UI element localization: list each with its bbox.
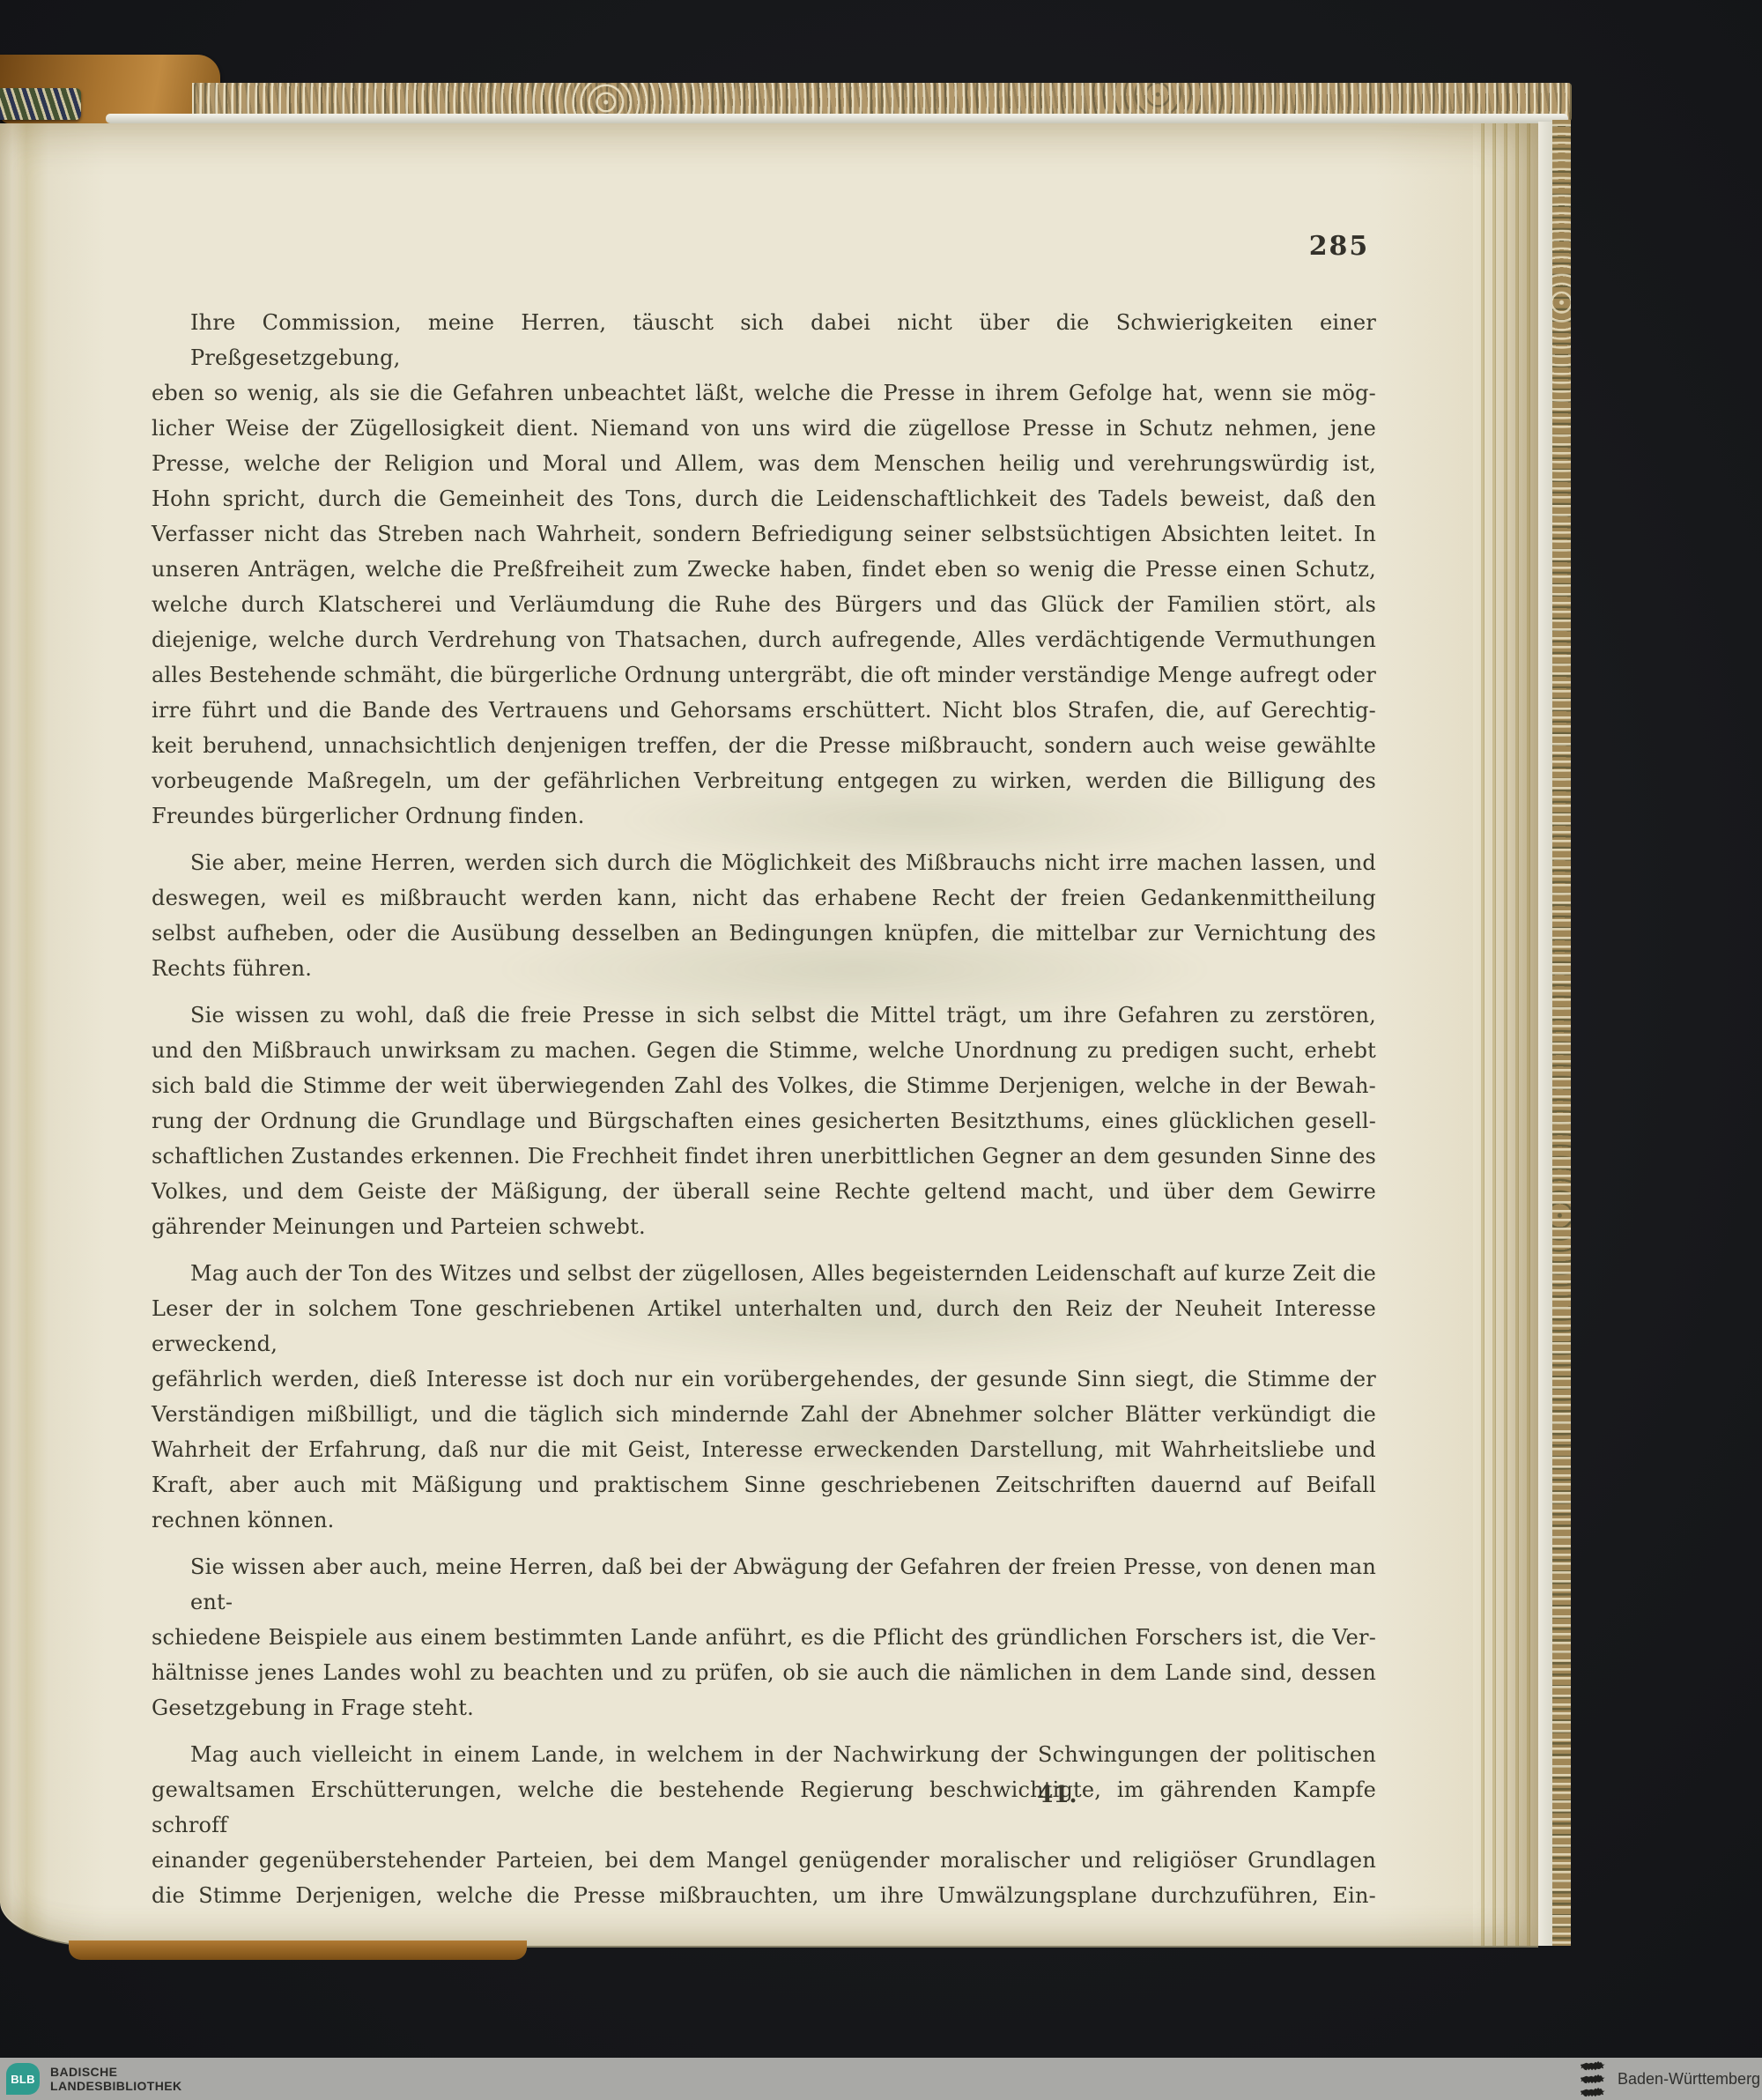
- text-line: Freundes bürgerlicher Ordnung finden.: [152, 798, 1376, 834]
- text-line: vorbeugende Maßregeln, um der gefährlich…: [152, 763, 1376, 798]
- stacked-page-edges: [1473, 123, 1538, 1946]
- text-line: Ihre Commission, meine Herren, täuscht s…: [152, 305, 1376, 375]
- text-line: Gesetzgebung in Frage steht.: [152, 1690, 1376, 1725]
- text-line: Verfasser nicht das Streben nach Wahrhei…: [152, 516, 1376, 552]
- text-line: die Stimme Derjenigen, welche die Presse…: [152, 1878, 1376, 1913]
- text-line: keit beruhend, unnachsichtlich denjenige…: [152, 728, 1376, 763]
- text-line: gährender Meinungen und Parteien schwebt…: [152, 1209, 1376, 1244]
- sheet-signature-mark: 41.: [916, 1782, 1198, 1808]
- text-line: Verständigen mißbilligt, und die täglich…: [152, 1397, 1376, 1432]
- text-line: sich bald die Stimme der weit überwiegen…: [152, 1068, 1376, 1103]
- text-line: Kraft, aber auch mit Mäßigung und prakti…: [152, 1467, 1376, 1503]
- paragraph: Sie wissen aber auch, meine Herren, daß …: [152, 1549, 1376, 1725]
- text-line: schaftlichen Zustandes erkennen. Die Fre…: [152, 1139, 1376, 1174]
- text-line: Sie wissen aber auch, meine Herren, daß …: [152, 1549, 1376, 1620]
- text-line: Volkes, und dem Geiste der Mäßigung, der…: [152, 1174, 1376, 1209]
- paragraph: Sie aber, meine Herren, werden sich durc…: [152, 845, 1376, 986]
- text-line: diejenige, welche durch Verdrehung von T…: [152, 622, 1376, 657]
- book-cover-marbled-right-edge: [1552, 120, 1571, 1946]
- book-spine-leather-bottom: [69, 1940, 527, 1960]
- paragraph: Sie wissen zu wohl, daß die freie Presse…: [152, 998, 1376, 1244]
- library-name-line2: LANDESBIBLIOTHEK: [50, 2079, 182, 2093]
- text-line: alles Bestehende schmäht, die bürgerlich…: [152, 657, 1376, 693]
- text-block: Ihre Commission, meine Herren, täuscht s…: [152, 305, 1376, 1913]
- text-line: Presse, welche der Religion und Moral un…: [152, 446, 1376, 481]
- baden-wuerttemberg-coat-of-arms-icon: [1580, 2060, 1606, 2098]
- text-line: Wahrheit der Erfahrung, daß nur die mit …: [152, 1432, 1376, 1467]
- paragraph: Ihre Commission, meine Herren, täuscht s…: [152, 305, 1376, 834]
- page-block-fore-edge: [1538, 122, 1552, 1946]
- state-name-label: Baden-Württemberg: [1618, 2070, 1760, 2089]
- text-line: Rechts führen.: [152, 951, 1376, 986]
- text-line: gefährlich werden, dieß Interesse ist do…: [152, 1362, 1376, 1397]
- text-line: einander gegenüberstehender Parteien, be…: [152, 1843, 1376, 1878]
- text-line: Mag auch der Ton des Witzes und selbst d…: [152, 1256, 1376, 1291]
- text-line: licher Weise der Zügellosigkeit dient. N…: [152, 411, 1376, 446]
- text-line: rechnen können.: [152, 1503, 1376, 1538]
- library-name-line1: BADISCHE: [50, 2065, 182, 2079]
- paragraph: Mag auch der Ton des Witzes und selbst d…: [152, 1256, 1376, 1538]
- text-line: Hohn spricht, durch die Gemeinheit des T…: [152, 481, 1376, 516]
- footer-bar: BLB BADISCHE LANDESBIBLIOTHEK Baden-Würt…: [0, 2058, 1762, 2100]
- page-number: 285: [1260, 231, 1418, 262]
- text-line: deswegen, weil es mißbraucht werden kann…: [152, 880, 1376, 916]
- text-line: Sie aber, meine Herren, werden sich durc…: [152, 845, 1376, 880]
- text-line: Mag auch vielleicht in einem Lande, in w…: [152, 1737, 1376, 1772]
- blb-logo-acronym: BLB: [11, 2073, 35, 2086]
- text-line: eben so wenig, als sie die Gefahren unbe…: [152, 375, 1376, 411]
- scanned-page: 285 Ihre Commission, meine Herren, täusc…: [0, 123, 1538, 1948]
- book-headband: [0, 88, 81, 120]
- text-line: welche durch Klatscherei und Verläumdung…: [152, 587, 1376, 622]
- text-line: rung der Ordnung die Grundlage und Bürgs…: [152, 1103, 1376, 1139]
- text-line: Sie wissen zu wohl, daß die freie Presse…: [152, 998, 1376, 1033]
- paragraph: Mag auch vielleicht in einem Lande, in w…: [152, 1737, 1376, 1913]
- state-branding: Baden-Württemberg: [1580, 2058, 1760, 2100]
- text-line: schiedene Beispiele aus einem bestimmten…: [152, 1620, 1376, 1655]
- blb-library-logo: BLB: [6, 2063, 40, 2095]
- library-name: BADISCHE LANDESBIBLIOTHEK: [50, 2065, 182, 2093]
- text-line: selbst aufheben, oder die Ausübung desse…: [152, 916, 1376, 951]
- scan-viewer: 285 Ihre Commission, meine Herren, täusc…: [0, 0, 1762, 2100]
- book-board-edge-highlight: [106, 114, 1568, 123]
- text-line: und den Mißbrauch unwirksam zu machen. G…: [152, 1033, 1376, 1068]
- text-line: Leser der in solchem Tone geschriebenen …: [152, 1291, 1376, 1362]
- text-line: unseren Anträgen, welche die Preßfreihei…: [152, 552, 1376, 587]
- text-line: hältnisse jenes Landes wohl zu beachten …: [152, 1655, 1376, 1690]
- text-line: irre führt und die Bande des Vertrauens …: [152, 693, 1376, 728]
